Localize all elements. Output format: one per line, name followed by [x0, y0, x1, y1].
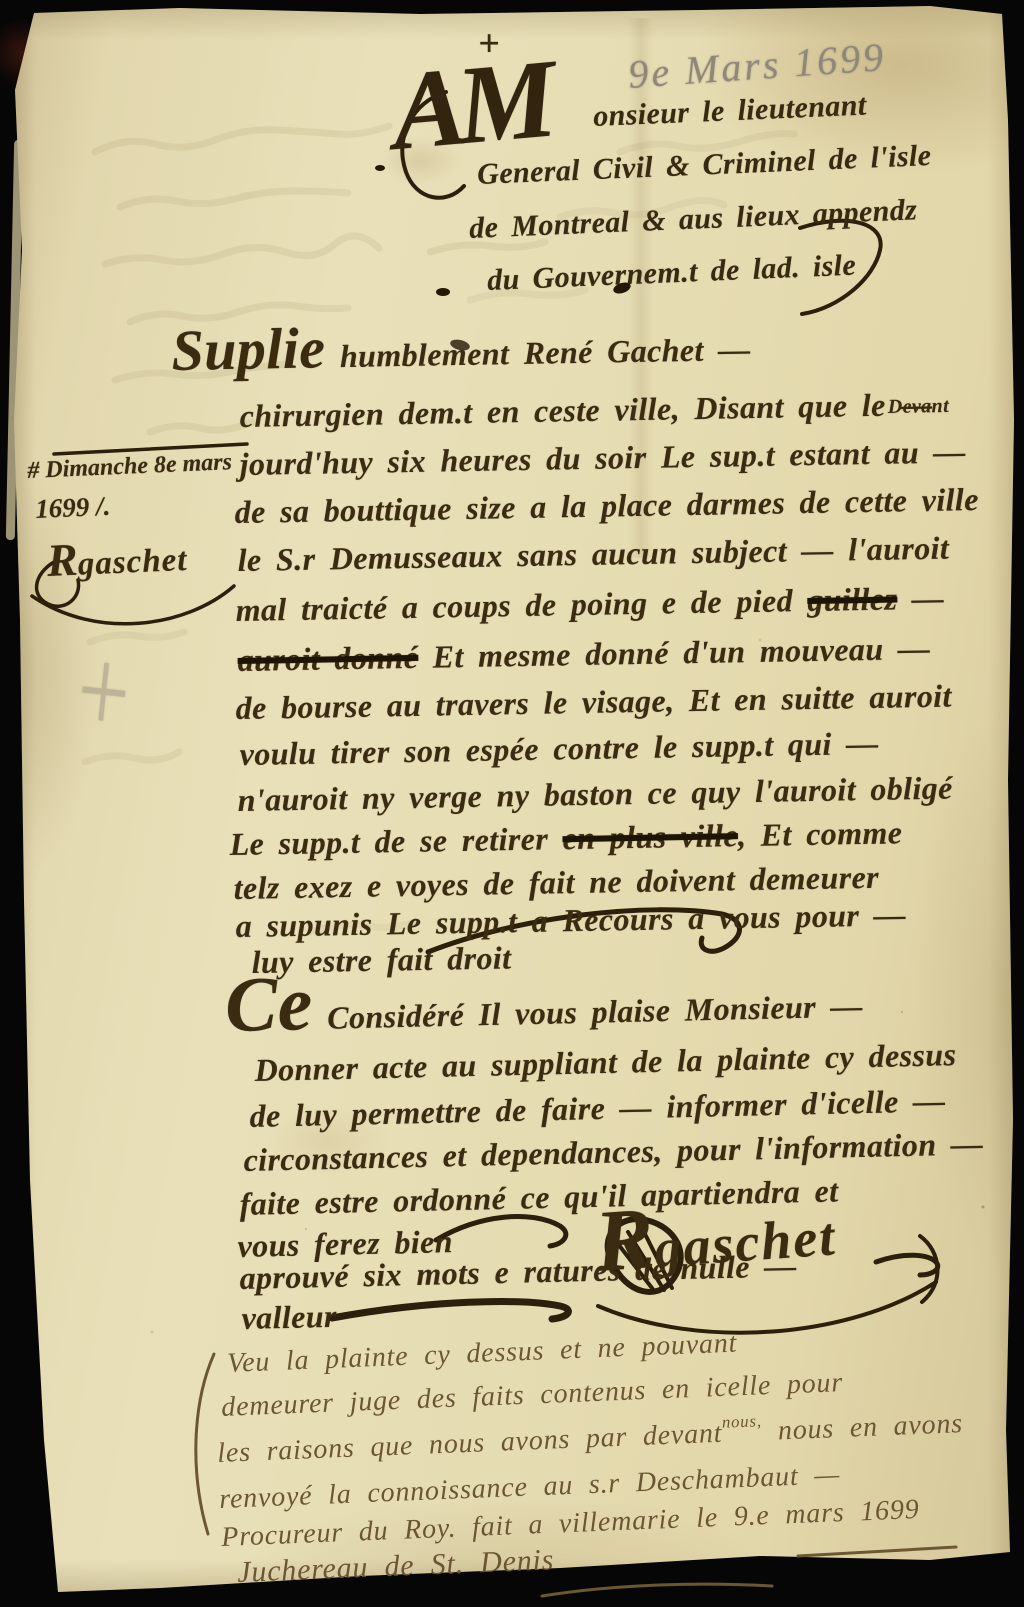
ordinance-insert: nous,: [721, 1411, 762, 1432]
insert-devant: Devant: [888, 395, 950, 419]
plea-signature-name: gaschet: [652, 1206, 838, 1279]
insert-devant-text: Devant: [888, 395, 950, 418]
petition-text: —: [897, 580, 944, 617]
struck-words: auroit donné: [237, 639, 418, 678]
bottom-signature-underline: [542, 1584, 772, 1596]
petition-text: , Et comme: [738, 814, 903, 853]
margin-note-line-2: 1699 /.: [35, 491, 111, 525]
valleur-dash: [332, 1302, 568, 1319]
plea-line-6: valleur: [241, 1298, 337, 1337]
petition-text: Et mesme donné d'un mouveau —: [418, 630, 931, 675]
petition-opening-word: Suplie: [171, 315, 326, 383]
margin-signature-name: gaschet: [77, 542, 188, 583]
plea-opening: Ce Considéré Il vous plaise Monsieur —: [224, 952, 863, 1044]
plea-text: valleur: [241, 1298, 337, 1336]
petition-opening: Suplie humblement René Gachet —: [171, 312, 751, 380]
margin-signature-initial: R: [46, 534, 79, 586]
date-underline: [798, 1547, 956, 1556]
margin-signature: Rgaschet: [46, 542, 188, 585]
petition-opening-rest: humblement René Gachet —: [340, 331, 751, 374]
ordinance-text: nous en avons: [762, 1408, 964, 1447]
ordinance-bracket: [196, 1354, 214, 1534]
ratures-hook: [876, 1255, 938, 1275]
struck-words: en plus ville: [562, 817, 738, 856]
petition-text: Le supp.t de se retirer: [229, 820, 562, 862]
plea-initial: Ce: [224, 959, 313, 1048]
plea-opening-rest: Considéré Il vous plaise Monsieur —: [327, 988, 863, 1036]
photo-background: + 9e Mars 1699 + AM onsieur le lieutenan…: [0, 0, 1024, 1607]
struck-words: guillez: [807, 580, 898, 618]
ferez-bien-flourish: [436, 1217, 566, 1246]
plea-signature-initial: R: [592, 1190, 657, 1291]
